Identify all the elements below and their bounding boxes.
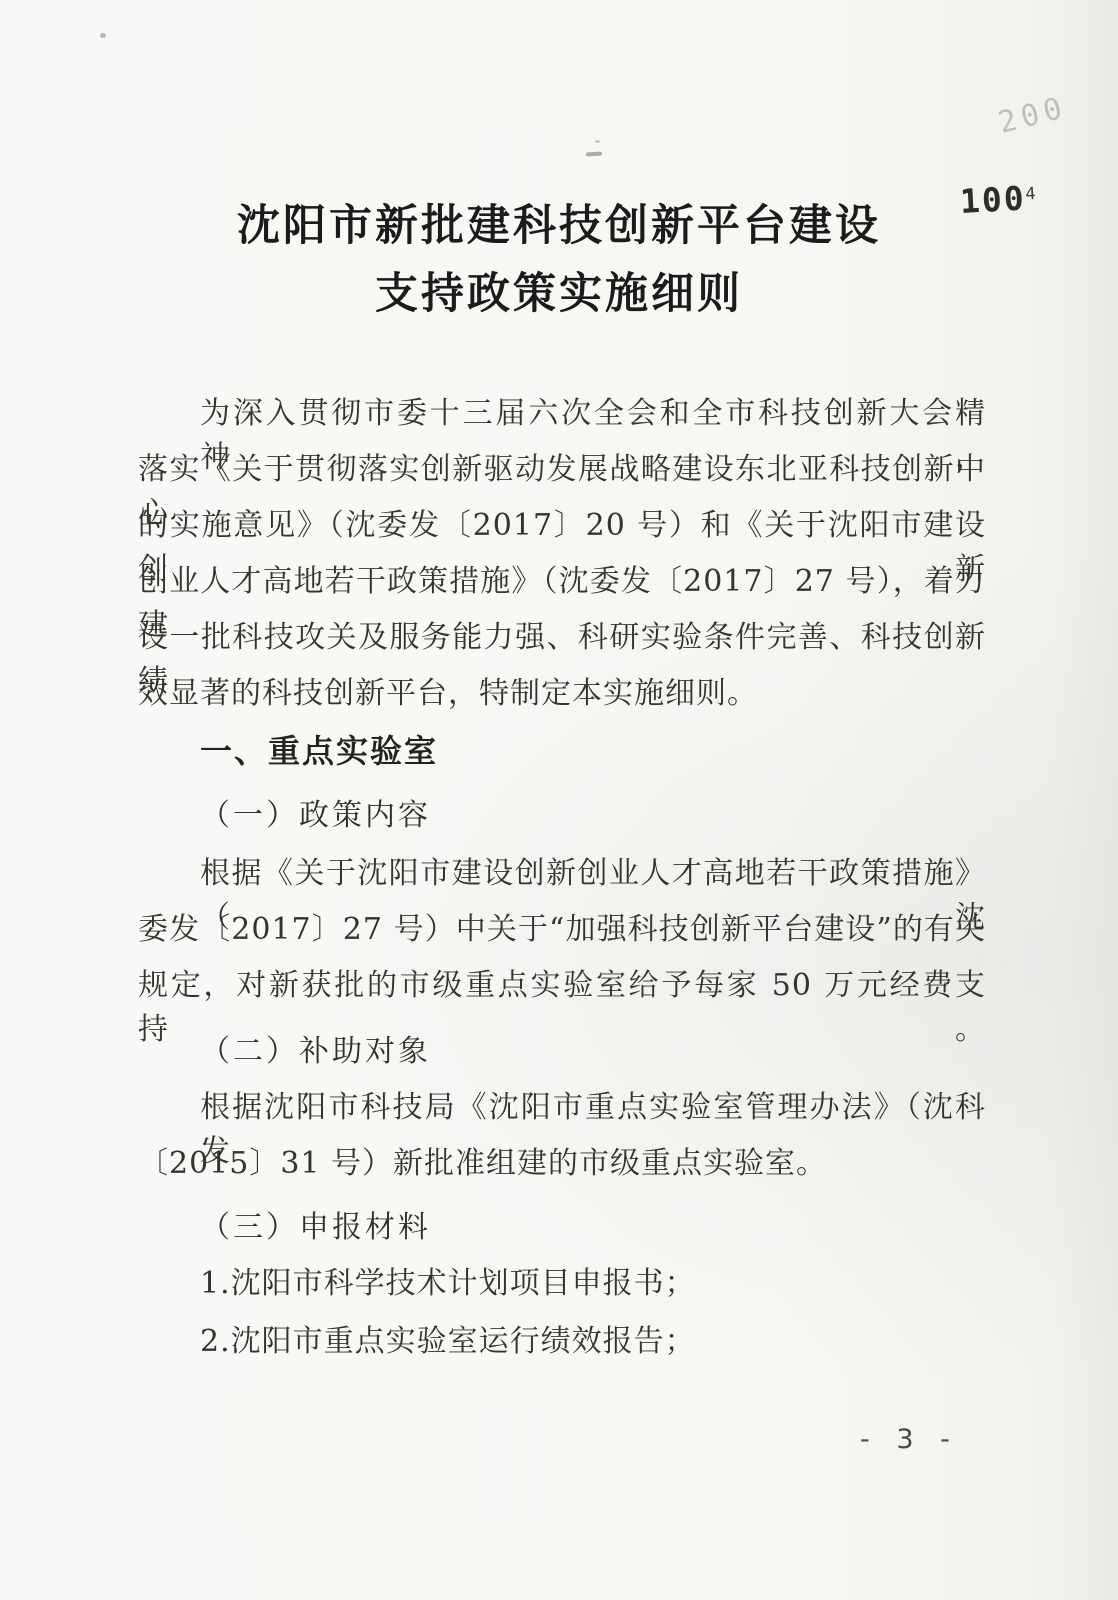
intro-paragraph-line: 效显著的科技创新平台，特制定本实施细则。 xyxy=(138,668,986,712)
scanned-document-page: 200 1004 沈阳市新批建科技创新平台建设 支持政策实施细则 为深入贯彻市委… xyxy=(0,0,1118,1600)
smudge-mark-dot xyxy=(595,140,600,143)
policy-content-line: 委发〔2017〕27 号）中关于“加强科技创新平台建设”的有关 xyxy=(138,904,986,948)
document-title-line-1: 沈阳市新批建科技创新平台建设 xyxy=(0,192,1118,253)
document-title-line-2: 支持政策实施细则 xyxy=(0,260,1118,321)
pagination-stamp-faint: 200 xyxy=(995,90,1071,141)
page-number: - 3 - xyxy=(860,1424,959,1455)
application-material-item: 2.沈阳市重点实验室运行绩效报告； xyxy=(200,1316,696,1360)
application-material-item: 1.沈阳市科学技术计划项目申报书； xyxy=(200,1258,696,1302)
subsection-heading-application-materials: （三）申报材料 xyxy=(200,1202,431,1246)
scan-speck xyxy=(100,33,106,38)
subsection-heading-subsidy-target: （二）补助对象 xyxy=(200,1026,431,1070)
section-heading-key-laboratory: 一、重点实验室 xyxy=(200,726,438,772)
smudge-mark-dash xyxy=(586,151,602,156)
subsidy-target-line: 〔2015〕31 号）新批准组建的市级重点实验室。 xyxy=(138,1138,986,1182)
subsection-heading-policy-content: （一）政策内容 xyxy=(200,790,431,834)
